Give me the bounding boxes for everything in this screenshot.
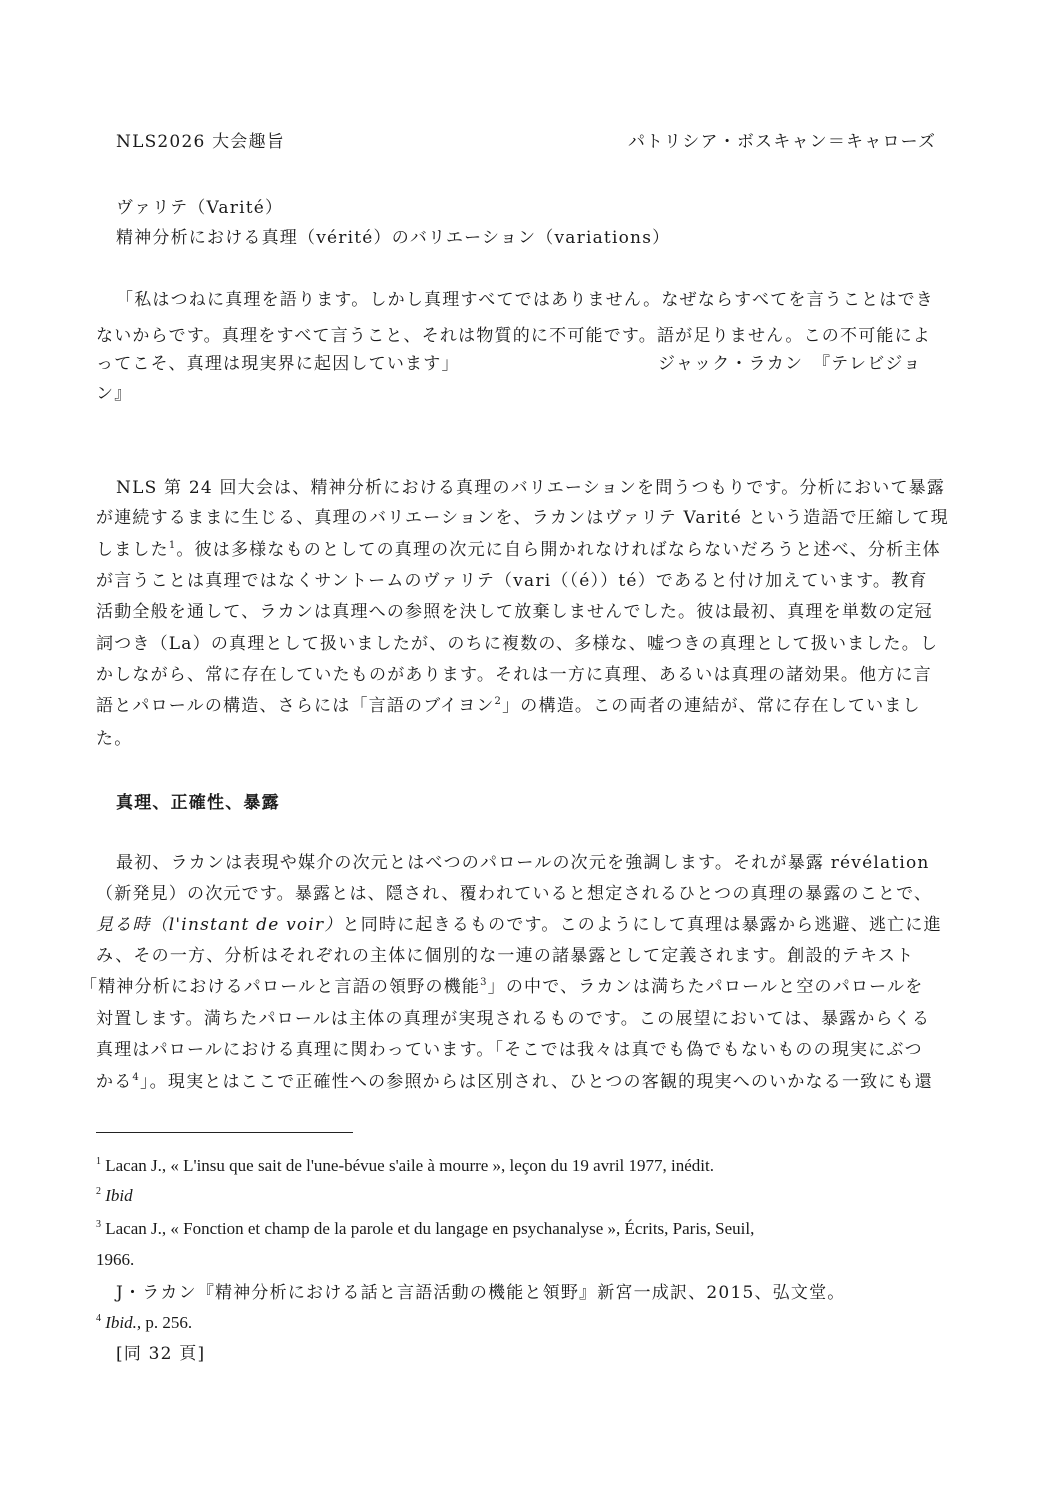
intro-line: た。 xyxy=(96,728,132,750)
section-line: 見る時（l'instant de voir）と同時に起きるものです。このようにし… xyxy=(96,914,942,936)
footnote-ref[interactable]: 3 xyxy=(480,977,488,988)
epigraph-attribution: ジャック・ラカン 『テレビジョ xyxy=(658,353,921,375)
intro-line: かしながら、常に存在していたものがあります。それは一方に真理、あるいは真理の諸効… xyxy=(96,664,932,686)
intro-line: NLS 第 24 回大会は、精神分析における真理のバリエーションを問うつもりです… xyxy=(116,477,945,499)
intro-line: 詞つき（La）の真理として扱いましたが、のちに複数の、多様な、嘘つきの真理として… xyxy=(96,633,938,655)
intro-line: しました1。彼は多様なものとしての真理の次元に自ら開かれなければならないだろうと… xyxy=(96,539,941,561)
footnote-1: 1 Lacan J., « L'insu que sait de l'une-b… xyxy=(96,1155,714,1177)
footnote-ref[interactable]: 4 xyxy=(132,1072,140,1083)
section-line: 最初、ラカンは表現や媒介の次元とはべつのパロールの次元を強調します。それが暴露 … xyxy=(116,852,930,874)
section-line: 「精神分析におけるパロールと言語の領野の機能3」の中で、ラカンは満ちたパロールと… xyxy=(80,976,923,998)
section-line: 対置します。満ちたパロールは主体の真理が実現されるものです。この展望においては、… xyxy=(96,1008,930,1030)
footnote-3-japanese: J・ラカン『精神分析における話と言語活動の機能と領野』新宮一成訳、2015、弘文… xyxy=(116,1282,845,1304)
footnote-4: 4 Ibid., p. 256. xyxy=(96,1312,192,1334)
epigraph-line: 「私はつねに真理を語ります。しかし真理すべてではありません。なぜならすべてを言う… xyxy=(116,289,934,311)
title-line-1: ヴァリテ（Varité） xyxy=(116,197,283,219)
intro-line: 活動全般を通して、ラカンは真理への参照を決して放棄しませんでした。彼は最初、真理… xyxy=(96,601,933,623)
epigraph-line: ないからです。真理をすべて言うこと、それは物質的に不可能です。語が足りません。こ… xyxy=(96,325,931,347)
epigraph-line: ってこそ、真理は現実界に起因しています」 xyxy=(96,353,460,375)
section-line: 真理はパロールにおける真理に関わっています。「そこでは我々は真でも偽でもないもの… xyxy=(96,1039,923,1061)
footnote-ref[interactable]: 2 xyxy=(495,696,503,707)
footnote-3: 3 Lacan J., « Fonction et champ de la pa… xyxy=(96,1218,754,1240)
title-line-2: 精神分析における真理（vérité）のバリエーション（variations） xyxy=(116,227,670,249)
footnote-4-japanese: [同 32 頁] xyxy=(116,1343,205,1365)
footnote-3-cont: 1966. xyxy=(96,1249,134,1271)
section-line: かる4」。現実とはここで正確性への参照からは区別され、ひとつの客観的現実へのいか… xyxy=(96,1071,933,1093)
epigraph-line: ン』 xyxy=(96,383,132,405)
footnote-2: 2 Ibid xyxy=(96,1185,133,1207)
header-left: NLS2026 大会趣旨 xyxy=(116,131,285,153)
author-name: パトリシア・ボスキャン＝キャローズ xyxy=(628,131,936,153)
document-page: NLS2026 大会趣旨 パトリシア・ボスキャン＝キャローズ ヴァリテ（Vari… xyxy=(0,0,1058,1497)
intro-line: が連続するままに生じる、真理のバリエーションを、ラカンはヴァリテ Varité … xyxy=(96,507,949,529)
section-line: （新発見）の次元です。暴露とは、隠され、覆われていると想定されるひとつの真理の暴… xyxy=(96,883,932,905)
intro-line: 語とパロールの構造、さらには「言語のブイヨン2」の構造。この両者の連結が、常に存… xyxy=(96,695,921,717)
section-heading: 真理、正確性、暴露 xyxy=(116,792,280,814)
footnote-divider xyxy=(96,1132,353,1133)
intro-line: が言うことは真理ではなくサントームのヴァリテ（vari（（é））té）であると付… xyxy=(96,570,928,592)
section-line: み、その一方、分析はそれぞれの主体に個別的な一連の諸暴露として定義されます。創設… xyxy=(96,945,914,967)
